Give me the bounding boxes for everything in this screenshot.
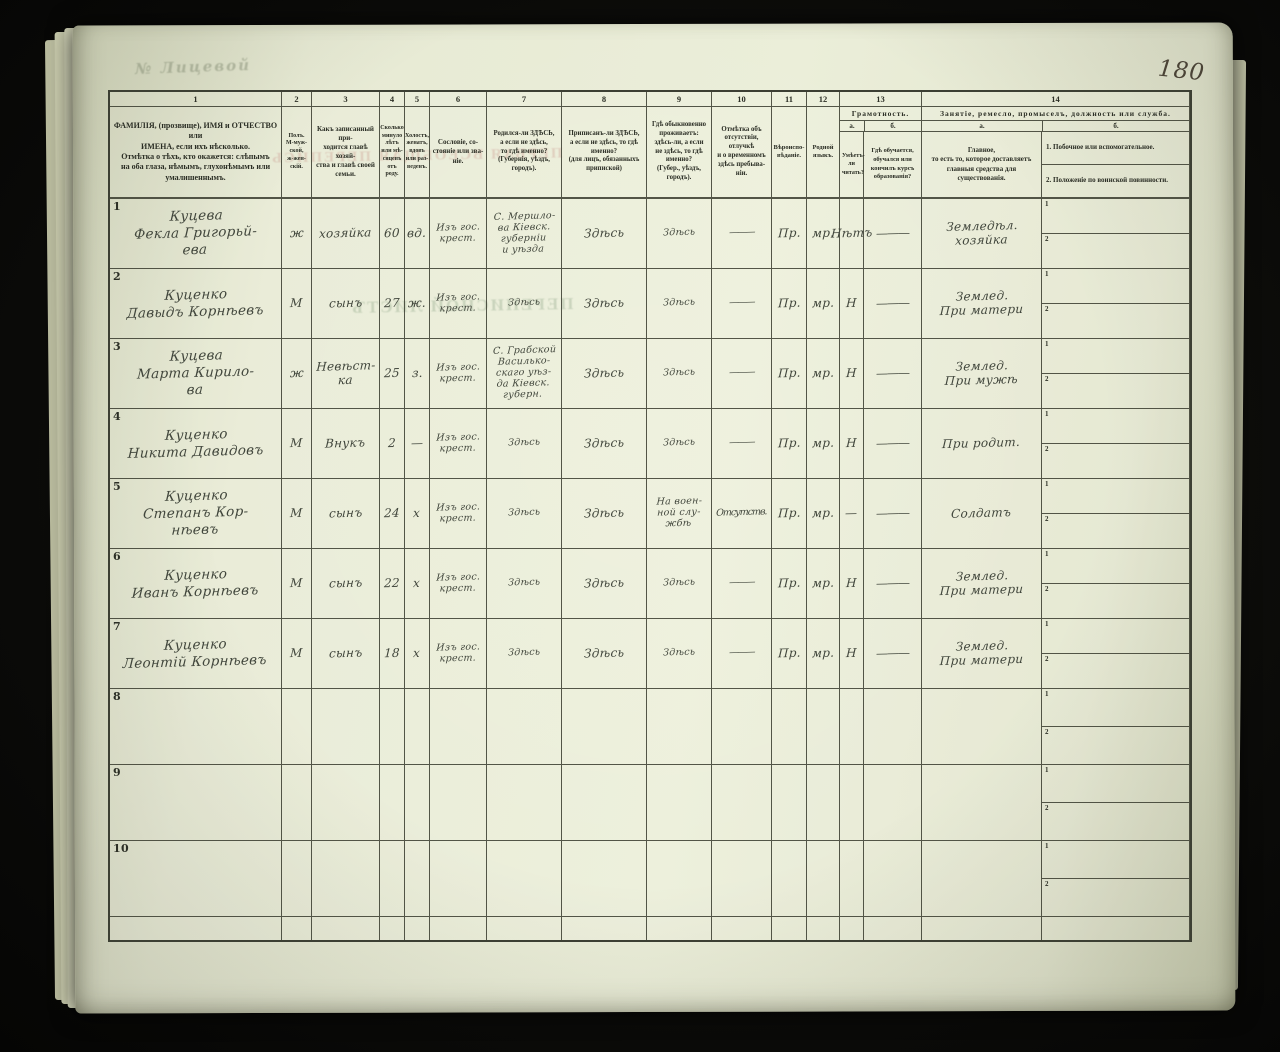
cell-side-occupation: 1 2 [1042, 269, 1190, 339]
cell-estate [430, 765, 487, 841]
cell-registered [562, 765, 647, 841]
cell-estate [430, 689, 487, 765]
row-number: 9 [113, 767, 121, 780]
filler-cell [312, 917, 380, 940]
cell-marital: вд. [405, 199, 430, 269]
side-occupation-2: 2 [1042, 654, 1189, 688]
cell-language: мр. [807, 409, 840, 479]
column-number: 5 [405, 92, 430, 107]
cell-registered: Здѣсь [562, 269, 647, 339]
cell-religion [772, 689, 807, 765]
cell-sex: М [282, 479, 312, 549]
cell-residence: Здѣсь [647, 269, 712, 339]
cell-birthplace: Здѣсь [487, 549, 562, 619]
cell-birthplace: С. Грабской Василько- скаго уѣз- да Кіев… [487, 339, 562, 409]
filler-cell [807, 917, 840, 940]
side-occupation-1: 1 [1042, 339, 1189, 374]
header-occupation-b-label: б. [1043, 121, 1189, 131]
header-occupation-group: Занятіе, ремесло, промыселъ, должность и… [922, 107, 1190, 199]
person-name: Куценко Леонтій Корнѣевъ [123, 635, 268, 673]
cell-religion: Пр. [772, 409, 807, 479]
cell-sex: М [282, 409, 312, 479]
cell-literacy-read: Н [840, 409, 864, 479]
side-occupation-1: 1 [1042, 765, 1189, 803]
side-occupation-2: 2 [1042, 727, 1189, 764]
filler-cell [647, 917, 712, 940]
filler-cell [840, 917, 864, 940]
cell-relation [312, 841, 380, 917]
cell-side-occupation: 1 2 [1042, 619, 1190, 689]
cell-literacy-study: ——— [864, 269, 922, 339]
side-occupation-1: 1 [1042, 199, 1189, 234]
cell-side-occupation: 1 2 [1042, 689, 1190, 765]
cell-registered: Здѣсь [562, 339, 647, 409]
cell-age: 25 [380, 339, 405, 409]
filler-cell [110, 917, 282, 940]
cell-age [380, 765, 405, 841]
cell-language: мр. [807, 339, 840, 409]
cell-literacy-read [840, 689, 864, 765]
row-number: 6 [113, 551, 121, 564]
cell-sex: ж [282, 199, 312, 269]
cell-birthplace: С. Мершло- ва Кіевск. губерніи и уѣзда [487, 199, 562, 269]
header-occupation-title: Занятіе, ремесло, промыселъ, должность и… [922, 107, 1189, 121]
header-marital: Холостъ, женатъ, вдовъ или раз- веденъ. [405, 107, 430, 199]
cell-name: 8 [110, 689, 282, 765]
cell-marital [405, 841, 430, 917]
cell-name: 3 Куцева Марта Кирило- ва [110, 339, 282, 409]
cell-estate: Изъ гос. крест. [430, 199, 487, 269]
cell-absence [712, 765, 772, 841]
column-number: 3 [312, 92, 380, 107]
side-occupation-1: 1 [1042, 549, 1189, 584]
header-occupation-a-label: а. [922, 121, 1043, 131]
cell-religion: Пр. [772, 479, 807, 549]
cell-relation: сынъ [312, 619, 380, 689]
cell-occupation: Земледѣл. хозяйка [922, 199, 1042, 269]
cell-marital: — [405, 409, 430, 479]
cell-name: 1 Куцева Фекла Григорьй- ева [110, 199, 282, 269]
cell-estate: Изъ гос. крест. [430, 409, 487, 479]
cell-age: 24 [380, 479, 405, 549]
header-literacy-title: Грамотность. [840, 107, 921, 121]
cell-literacy-study: ——— [864, 339, 922, 409]
handwritten-page-number: 180 [1157, 56, 1206, 87]
cell-estate: Изъ гос. крест. [430, 339, 487, 409]
cell-marital [405, 765, 430, 841]
cell-literacy-read: Н [840, 549, 864, 619]
cell-religion: Пр. [772, 549, 807, 619]
cell-side-occupation: 1 2 [1042, 765, 1190, 841]
cell-absence: ——— [712, 199, 772, 269]
cell-literacy-read: Нѣтъ [840, 199, 864, 269]
cell-estate: Изъ гос. крест. [430, 479, 487, 549]
cell-literacy-read: Н [840, 269, 864, 339]
cell-birthplace: Здѣсь [487, 409, 562, 479]
header-sex: Полъ. М-муж- ской, ж-жен- скій. [282, 107, 312, 199]
header-occupation-main: Главное, то есть то, которое доставляетъ… [922, 132, 1042, 197]
cell-relation [312, 765, 380, 841]
cell-registered: Здѣсь [562, 479, 647, 549]
column-number: 2 [282, 92, 312, 107]
cell-estate: Изъ гос. крест. [430, 619, 487, 689]
column-number: 9 [647, 92, 712, 107]
cell-estate [430, 841, 487, 917]
cell-relation: Невѣст- ка [312, 339, 380, 409]
cell-absence: Отсутств. [712, 479, 772, 549]
cell-registered: Здѣсь [562, 409, 647, 479]
header-occupation-side: 1. Побочное или вспомогательное. 2. Поло… [1042, 132, 1189, 197]
filler-cell [380, 917, 405, 940]
person-name: Куценко Иванъ Корнѣевъ [131, 565, 259, 602]
cell-absence [712, 841, 772, 917]
cell-side-occupation: 1 2 [1042, 199, 1190, 269]
header-literacy-b-label: б. [865, 121, 921, 131]
person-name: Куценко Степанъ Кор- нѣевъ [142, 487, 250, 541]
cell-literacy-read [840, 765, 864, 841]
header-occupation-side-1: 1. Побочное или вспомогательное. [1042, 132, 1189, 165]
side-occupation-1: 1 [1042, 841, 1189, 879]
cell-registered [562, 841, 647, 917]
side-occupation-2: 2 [1042, 584, 1189, 618]
cell-occupation [922, 689, 1042, 765]
cell-age: 60 [380, 199, 405, 269]
cell-residence [647, 841, 712, 917]
side-occupation-2: 2 [1042, 444, 1189, 478]
cell-birthplace: Здѣсь [487, 479, 562, 549]
cell-occupation [922, 765, 1042, 841]
header-birthplace: Родился-ли ЗДѢСЬ, а если не здѣсь, то гд… [487, 107, 562, 199]
cell-birthplace [487, 765, 562, 841]
header-literacy-study: Гдѣ обучается, обучался или кончилъ курс… [864, 132, 921, 197]
cell-name: 7 Куценко Леонтій Корнѣевъ [110, 619, 282, 689]
side-occupation-2: 2 [1042, 234, 1189, 268]
cell-birthplace [487, 689, 562, 765]
person-name: Куценко Никита Давидовъ [127, 425, 264, 463]
cell-absence: ——— [712, 269, 772, 339]
header-language: Родной языкъ. [807, 107, 840, 199]
column-number: 13 [840, 92, 922, 107]
cell-registered: Здѣсь [562, 199, 647, 269]
cell-absence: ——— [712, 549, 772, 619]
cell-language [807, 841, 840, 917]
cell-marital: х [405, 619, 430, 689]
cell-literacy-study [864, 841, 922, 917]
cell-absence [712, 689, 772, 765]
header-literacy-a-label: а. [840, 121, 865, 131]
cell-relation: сынъ [312, 269, 380, 339]
header-literacy-read: Умѣетъ- ли читать? [840, 132, 864, 197]
row-number: 2 [113, 271, 121, 284]
cell-side-occupation: 1 2 [1042, 479, 1190, 549]
side-occupation-1: 1 [1042, 479, 1189, 514]
cell-sex: М [282, 619, 312, 689]
header-registered: Приписанъ-ли ЗДѢСЬ, а если не здѣсь, то … [562, 107, 647, 199]
column-number: 12 [807, 92, 840, 107]
side-occupation-1: 1 [1042, 409, 1189, 444]
cell-name: 4 Куценко Никита Давидовъ [110, 409, 282, 479]
cell-relation: сынъ [312, 549, 380, 619]
census-table: 1 2 3 4 5 6 7 8 9 10 11 12 13 14 ФАМИЛІЯ… [108, 90, 1192, 942]
cell-literacy-read: Н [840, 339, 864, 409]
filler-cell [864, 917, 922, 940]
cell-relation: хозяйка [312, 199, 380, 269]
header-name: ФАМИЛІЯ, (прозвище), ИМЯ и ОТЧЕСТВО или … [110, 107, 282, 199]
cell-estate: Изъ гос. крест. [430, 549, 487, 619]
cell-age: 18 [380, 619, 405, 689]
column-number: 4 [380, 92, 405, 107]
cell-side-occupation: 1 2 [1042, 339, 1190, 409]
photo-background: № Лицевой ПЕРВАЯ ВСЕОБЩАЯ ПЕРЕПИСЬ ПЕРЕП… [0, 0, 1280, 1052]
cell-birthplace: Здѣсь [487, 619, 562, 689]
cell-name: 5 Куценко Степанъ Кор- нѣевъ [110, 479, 282, 549]
row-number: 4 [113, 411, 121, 424]
cell-absence: ——— [712, 409, 772, 479]
cell-religion: Пр. [772, 269, 807, 339]
header-literacy-group: Грамотность. а. б. Умѣетъ- ли читать? Гд… [840, 107, 922, 199]
cell-registered [562, 689, 647, 765]
filler-cell [487, 917, 562, 940]
cell-age: 22 [380, 549, 405, 619]
side-occupation-1: 1 [1042, 619, 1189, 654]
cell-marital: х [405, 549, 430, 619]
side-occupation-2: 2 [1042, 879, 1189, 916]
cell-side-occupation: 1 2 [1042, 409, 1190, 479]
cell-sex: ж [282, 339, 312, 409]
cell-literacy-study [864, 765, 922, 841]
header-relation: Какъ записанный при- ходится главѣ хозяй… [312, 107, 380, 199]
header-age: Сколько минуло лѣтъ или мѣ- сяцевъ отъ р… [380, 107, 405, 199]
cell-religion: Пр. [772, 339, 807, 409]
cell-language: мр. [807, 479, 840, 549]
cell-relation [312, 689, 380, 765]
cell-religion: Пр. [772, 619, 807, 689]
cell-age: 2 [380, 409, 405, 479]
row-number: 5 [113, 481, 121, 494]
filler-cell [772, 917, 807, 940]
cell-residence: На воен- ной слу- жбѣ [647, 479, 712, 549]
cell-absence: ——— [712, 619, 772, 689]
cell-residence [647, 689, 712, 765]
column-number: 7 [487, 92, 562, 107]
side-occupation-2: 2 [1042, 514, 1189, 548]
cell-literacy-study: ——— [864, 549, 922, 619]
cell-literacy-study: ——— [864, 479, 922, 549]
filler-cell [1042, 917, 1190, 940]
cell-sex [282, 765, 312, 841]
cell-age [380, 689, 405, 765]
filler-cell [282, 917, 312, 940]
person-name: Куцева Марта Кирило- ва [136, 347, 255, 401]
cell-residence: Здѣсь [647, 549, 712, 619]
filler-cell [562, 917, 647, 940]
row-number: 7 [113, 621, 121, 634]
cell-name: 6 Куценко Иванъ Корнѣевъ [110, 549, 282, 619]
cell-registered: Здѣсь [562, 619, 647, 689]
cell-absence: ——— [712, 339, 772, 409]
cell-literacy-read: — [840, 479, 864, 549]
filler-cell [922, 917, 1042, 940]
cell-literacy-study [864, 689, 922, 765]
cell-language: мр. [807, 549, 840, 619]
row-number: 8 [113, 691, 121, 704]
cell-language [807, 689, 840, 765]
row-number: 1 [113, 201, 121, 214]
cell-occupation: Землед. При матери [922, 619, 1042, 689]
cell-sex: М [282, 269, 312, 339]
cell-religion: Пр. [772, 199, 807, 269]
header-absence: Отмѣтка объ отсутствіи, отлучкѣ и о врем… [712, 107, 772, 199]
person-name: Куценко Давыдъ Корнѣевъ [126, 285, 264, 323]
cell-registered: Здѣсь [562, 549, 647, 619]
cell-relation: Внукъ [312, 409, 380, 479]
cell-side-occupation: 1 2 [1042, 549, 1190, 619]
cell-occupation: Землед. При матери [922, 269, 1042, 339]
header-religion: Вѣроиспо- вѣданіе. [772, 107, 807, 199]
cell-religion [772, 841, 807, 917]
cell-residence: Здѣсь [647, 619, 712, 689]
cell-side-occupation: 1 2 [1042, 841, 1190, 917]
cell-language: мр. [807, 619, 840, 689]
cell-literacy-study: ——— [864, 199, 922, 269]
cell-literacy-study: ——— [864, 409, 922, 479]
cell-religion [772, 765, 807, 841]
cell-occupation: Землед. При матери [922, 549, 1042, 619]
cell-occupation: Солдатъ [922, 479, 1042, 549]
cell-relation: сынъ [312, 479, 380, 549]
cell-residence: Здѣсь [647, 409, 712, 479]
column-number: 8 [562, 92, 647, 107]
column-number: 11 [772, 92, 807, 107]
column-number: 10 [712, 92, 772, 107]
cell-name: 10 [110, 841, 282, 917]
side-occupation-1: 1 [1042, 689, 1189, 727]
cell-birthplace [487, 841, 562, 917]
header-estate: Сословіе, со- стояніе или зва- ніе. [430, 107, 487, 199]
cell-sex [282, 841, 312, 917]
column-number: 1 [110, 92, 282, 107]
cell-sex: М [282, 549, 312, 619]
cell-residence: Здѣсь [647, 199, 712, 269]
header-occupation-side-2: 2. Положеніе по воинской повинности. [1042, 165, 1189, 197]
cell-occupation: Землед. При мужѣ [922, 339, 1042, 409]
cell-language: мр. [807, 269, 840, 339]
row-number: 10 [113, 843, 129, 856]
cell-marital: ж. [405, 269, 430, 339]
person-name: Куцева Фекла Григорьй- ева [133, 206, 258, 260]
filler-cell [430, 917, 487, 940]
side-occupation-2: 2 [1042, 374, 1189, 408]
row-number: 3 [113, 341, 121, 354]
cell-language [807, 765, 840, 841]
cell-marital: х [405, 479, 430, 549]
column-number: 6 [430, 92, 487, 107]
cell-literacy-read: Н [840, 619, 864, 689]
filler-cell [405, 917, 430, 940]
side-occupation-2: 2 [1042, 803, 1189, 840]
cell-birthplace: Здѣсь [487, 269, 562, 339]
cell-sex [282, 689, 312, 765]
cell-occupation [922, 841, 1042, 917]
cell-literacy-study: ——— [864, 619, 922, 689]
cell-age [380, 841, 405, 917]
cell-estate: Изъ гос. крест. [430, 269, 487, 339]
cell-name: 2 Куценко Давыдъ Корнѣевъ [110, 269, 282, 339]
column-number: 14 [922, 92, 1190, 107]
side-occupation-1: 1 [1042, 269, 1189, 304]
cell-literacy-read [840, 841, 864, 917]
cell-occupation: При родит. [922, 409, 1042, 479]
cell-residence [647, 765, 712, 841]
header-residence: Гдѣ обыкновенно проживаетъ: здѣсь-ли, а … [647, 107, 712, 199]
cell-marital: з. [405, 339, 430, 409]
cell-residence: Здѣсь [647, 339, 712, 409]
filler-cell [712, 917, 772, 940]
side-occupation-2: 2 [1042, 304, 1189, 338]
cell-marital [405, 689, 430, 765]
cell-age: 27 [380, 269, 405, 339]
cell-name: 9 [110, 765, 282, 841]
